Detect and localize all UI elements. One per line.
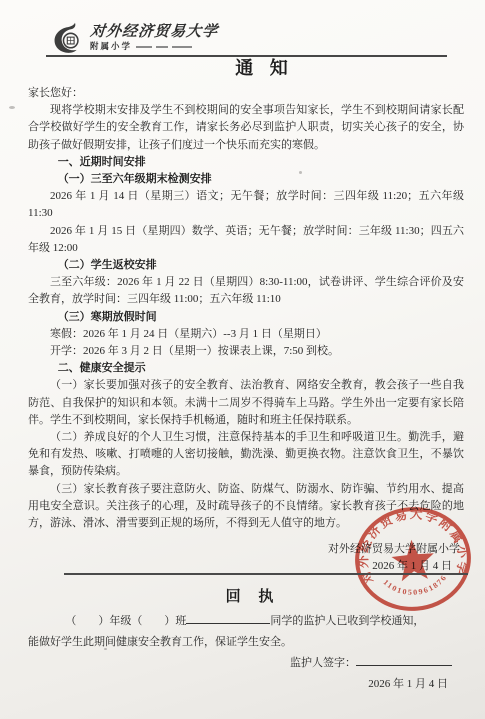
- student-name-blank: [186, 612, 270, 624]
- section1-sub3-title: （三）寒期放假时间: [28, 309, 464, 326]
- exam-schedule-line: 2026 年 1 月 15 日（星期四）数学、英语；无午餐；放学时间：三年级 1…: [28, 223, 464, 257]
- section1-title: 一、近期时间安排: [28, 154, 464, 171]
- scan-speck: [9, 106, 15, 109]
- intro-paragraph: 现将学校期末安排及学生不到校期间的安全事项告知家长，学生不到校期间请家长配合学校…: [28, 102, 464, 154]
- guardian-signature-blank: [356, 654, 452, 666]
- school-logo: 对外经济贸易大学 附属小学: [52, 21, 218, 55]
- receipt-date: 2026 年 1 月 4 日: [28, 674, 464, 695]
- school-name: 附属小学: [90, 42, 132, 51]
- receipt-grade-class-blanks: （ ）年级（ ）班: [65, 615, 186, 627]
- exam-schedule-line: 2026 年 1 月 14 日（星期三）语文；无午餐；放学时间：三四年级 11:…: [28, 188, 464, 222]
- return-schedule-line: 三至六年级：2026 年 1 月 22 日（星期四）8:30-11:00，试卷讲…: [28, 274, 464, 308]
- receipt-line2: 能做好学生此期间健康安全教育工作，保证学生安全。: [28, 632, 464, 653]
- notice-body: 家长您好： 现将学校期末安排及学生不到校期间的安全事项告知家长，学生不到校期间请…: [28, 85, 464, 576]
- guardian-sign-line: 监护人签字：: [28, 653, 464, 674]
- section1-sub2-title: （二）学生返校安排: [28, 257, 464, 274]
- guardian-sign-label: 监护人签字：: [290, 657, 356, 669]
- section-divider-rule: [64, 573, 468, 575]
- signature-block: 对外经济贸易大学附属小学 2026 年 1 月 4 日: [28, 541, 464, 575]
- receipt-section: 回 执 （ ）年级（ ）班同学的监护人已收到学校通知， 能做好学生此期间健康安全…: [28, 585, 464, 695]
- scan-speck: [104, 648, 107, 650]
- safety-paragraph: （一）家长要加强对孩子的安全教育、法治教育、网络安全教育，教会孩子一些自我防范、…: [28, 377, 464, 429]
- university-name: 对外经济贸易大学: [89, 25, 218, 40]
- signature-school: 对外经济贸易大学附属小学: [28, 541, 464, 558]
- document-title: 通 知: [22, 57, 485, 80]
- scan-speck: [322, 449, 324, 451]
- greeting: 家长您好：: [28, 85, 464, 102]
- holiday-line: 寒假：2026 年 1 月 24 日（星期六）--3 月 1 日（星期日）: [28, 326, 464, 343]
- receipt-line1-suffix: 同学的监护人已收到学校通知，: [270, 615, 424, 627]
- logo-fineprint-bar: [172, 46, 192, 48]
- scanned-notice-page: 对外经济贸易大学 附属小学 通 知 家长您好： 现将学校期末安排及学生不到校期间…: [0, 0, 485, 719]
- receipt-line1: （ ）年级（ ）班同学的监护人已收到学校通知，: [28, 611, 464, 632]
- hazard-paragraph: （三）家长教育孩子要注意防火、防盗、防煤气、防溺水、防诈骗、节约用水、提高用电安…: [28, 481, 464, 533]
- section1-sub1-title: （一）三至六年级期末检测安排: [28, 171, 464, 188]
- school-start-line: 开学：2026 年 3 月 2 日（星期一）按课表上课，7:50 到校。: [28, 343, 464, 360]
- logo-text-block: 对外经济贸易大学 附属小学: [90, 25, 218, 51]
- logo-fineprint-bar: [136, 46, 152, 48]
- section2-title: 二、健康安全提示: [28, 360, 464, 377]
- school-emblem-icon: [52, 21, 86, 55]
- school-subtitle-row: 附属小学: [90, 42, 218, 51]
- scan-speck: [299, 171, 302, 174]
- logo-fineprint-bar: [156, 46, 168, 48]
- receipt-title: 回 执: [28, 585, 464, 609]
- hygiene-paragraph: （二）养成良好的个人卫生习惯，注意保持基本的手卫生和呼吸道卫生。勤洗手，避免和有…: [28, 429, 464, 481]
